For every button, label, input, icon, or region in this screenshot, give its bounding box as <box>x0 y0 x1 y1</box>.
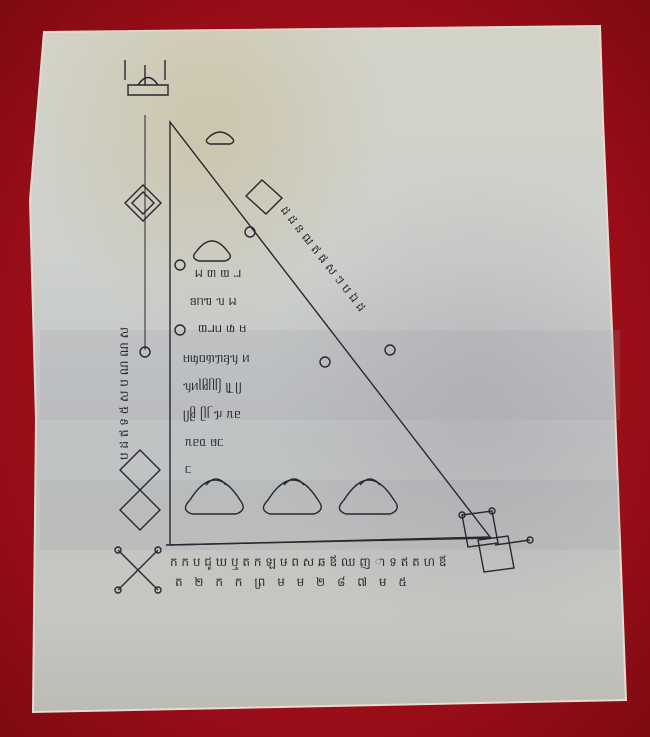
row-text-2: ᥑᥒᥓ ᥔ ᥕ <box>190 294 236 309</box>
left-column-text: ប ដ ឥ ទ ៥ ស ប ណ ណ ស <box>117 327 131 460</box>
yantra-cloth: ᥕ ᥖ ᥗ ᥘ ᥑᥒᥓ ᥔ ᥕ ᥗᥘᥙ ᥚ ᥛ ᥛᥜᥝᥞᥟᥠᥡ ᥢ ᥡᥢᥣᥤᥥᥦ… <box>0 0 650 737</box>
base-inscription-line1: ក ក ប ជូ ឃ ឬ ត ក ឡ ឞ ព ស ឆ ឪ ឈ ញ ា ទ ឥ ត… <box>170 555 446 570</box>
row-text-8: ᥴ ᥵᥶ ᥷ ᥸ ᥹ <box>185 462 208 477</box>
row-text-1: ᥕ ᥖ ᥗ ᥘ <box>195 266 241 281</box>
base-inscription-line2: ត ២ ក ក ព្រ ម ម ២ ៨ ៧ ម ៥ <box>175 575 411 589</box>
row-text-4: ᥛᥜᥝᥞᥟᥠᥡ ᥢ <box>183 351 250 366</box>
row-text-7: ᥰᥱᥲ ᥳᥴ ᥵ <box>185 435 228 450</box>
photo-scene: ᥕ ᥖ ᥗ ᥘ ᥑᥒᥓ ᥔ ᥕ ᥗᥘᥙ ᥚ ᥛ ᥛᥜᥝᥞᥟᥠᥡ ᥢ ᥡᥢᥣᥤᥥᥦ… <box>0 0 650 737</box>
row-text-5: ᥡᥢᥣᥤᥥᥦ ᥧᥨ ᥩ <box>183 378 242 394</box>
row-text-6: ᥩᥪ ᥫᥬ ᥭ ᥰᥱ <box>183 406 241 422</box>
row-text-3: ᥗᥘᥙ ᥚ ᥛ <box>198 321 246 336</box>
